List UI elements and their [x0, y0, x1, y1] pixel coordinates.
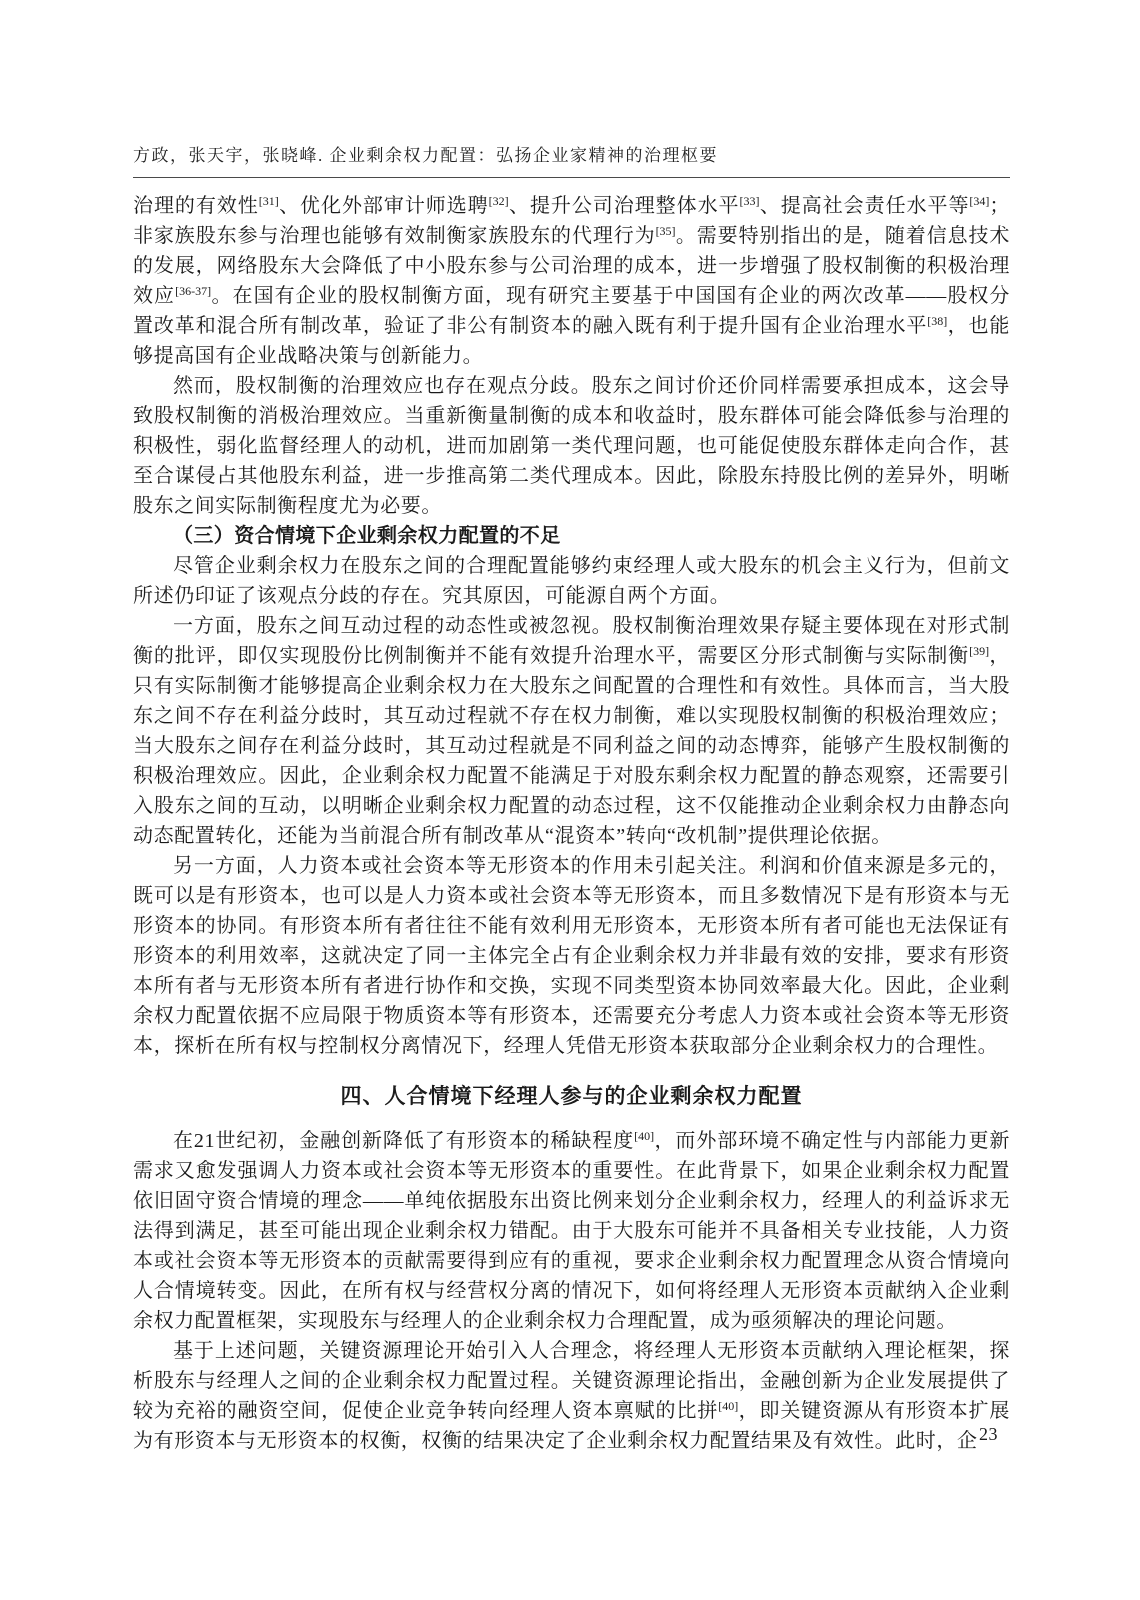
page-footer: 23 — [979, 1424, 998, 1445]
paragraph: 基于上述问题，关键资源理论开始引入人合理念，将经理人无形资本贡献纳入理论框架，探… — [133, 1336, 1010, 1456]
section-title: 四、人合情境下经理人参与的企业剩余权力配置 — [133, 1082, 1010, 1112]
paragraph: 一方面，股东之间互动过程的动态性或被忽视。股权制衡治理效果存疑主要体现在对形式制… — [133, 611, 1010, 851]
citation-ref: [39] — [969, 644, 989, 658]
running-header: 方政，张天宇，张晓峰. 企业剩余权力配置：弘扬企业家精神的治理枢要 — [133, 141, 1010, 178]
citation-ref: [38] — [927, 314, 947, 328]
paragraph: 治理的有效性[31]、优化外部审计师选聘[32]、提升公司治理整体水平[33]、… — [133, 191, 1010, 371]
citation-ref: [31] — [259, 194, 279, 208]
paragraph: 然而，股权制衡的治理效应也存在观点分歧。股东之间讨价还价同样需要承担成本，这会导… — [133, 371, 1010, 521]
paragraph: 另一方面，人力资本或社会资本等无形资本的作用未引起关注。利润和价值来源是多元的，… — [133, 851, 1010, 1061]
citation-ref: [40] — [634, 1129, 654, 1143]
paragraph: 在21世纪初，金融创新降低了有形资本的稀缺程度[40]，而外部环境不确定性与内部… — [133, 1126, 1010, 1336]
sub-heading: （三）资合情境下企业剩余权力配置的不足 — [133, 521, 1010, 551]
citation-ref: [32] — [489, 194, 509, 208]
citation-ref: [35] — [656, 224, 676, 238]
citation-ref: [34] — [969, 194, 989, 208]
paragraph: 尽管企业剩余权力在股东之间的合理配置能够约束经理人或大股东的机会主义行为，但前文… — [133, 551, 1010, 611]
running-header-citation: 方政，张天宇，张晓峰. 企业剩余权力配置：弘扬企业家精神的治理枢要 — [133, 146, 718, 165]
citation-ref: [36-37] — [175, 284, 211, 298]
page-number: 23 — [979, 1424, 998, 1444]
citation-ref: [40] — [718, 1399, 738, 1413]
document-page: 方政，张天宇，张晓峰. 企业剩余权力配置：弘扬企业家精神的治理枢要 治理的有效性… — [0, 0, 1140, 1600]
citation-ref: [33] — [740, 194, 760, 208]
article-body: 治理的有效性[31]、优化外部审计师选聘[32]、提升公司治理整体水平[33]、… — [133, 191, 1010, 1456]
